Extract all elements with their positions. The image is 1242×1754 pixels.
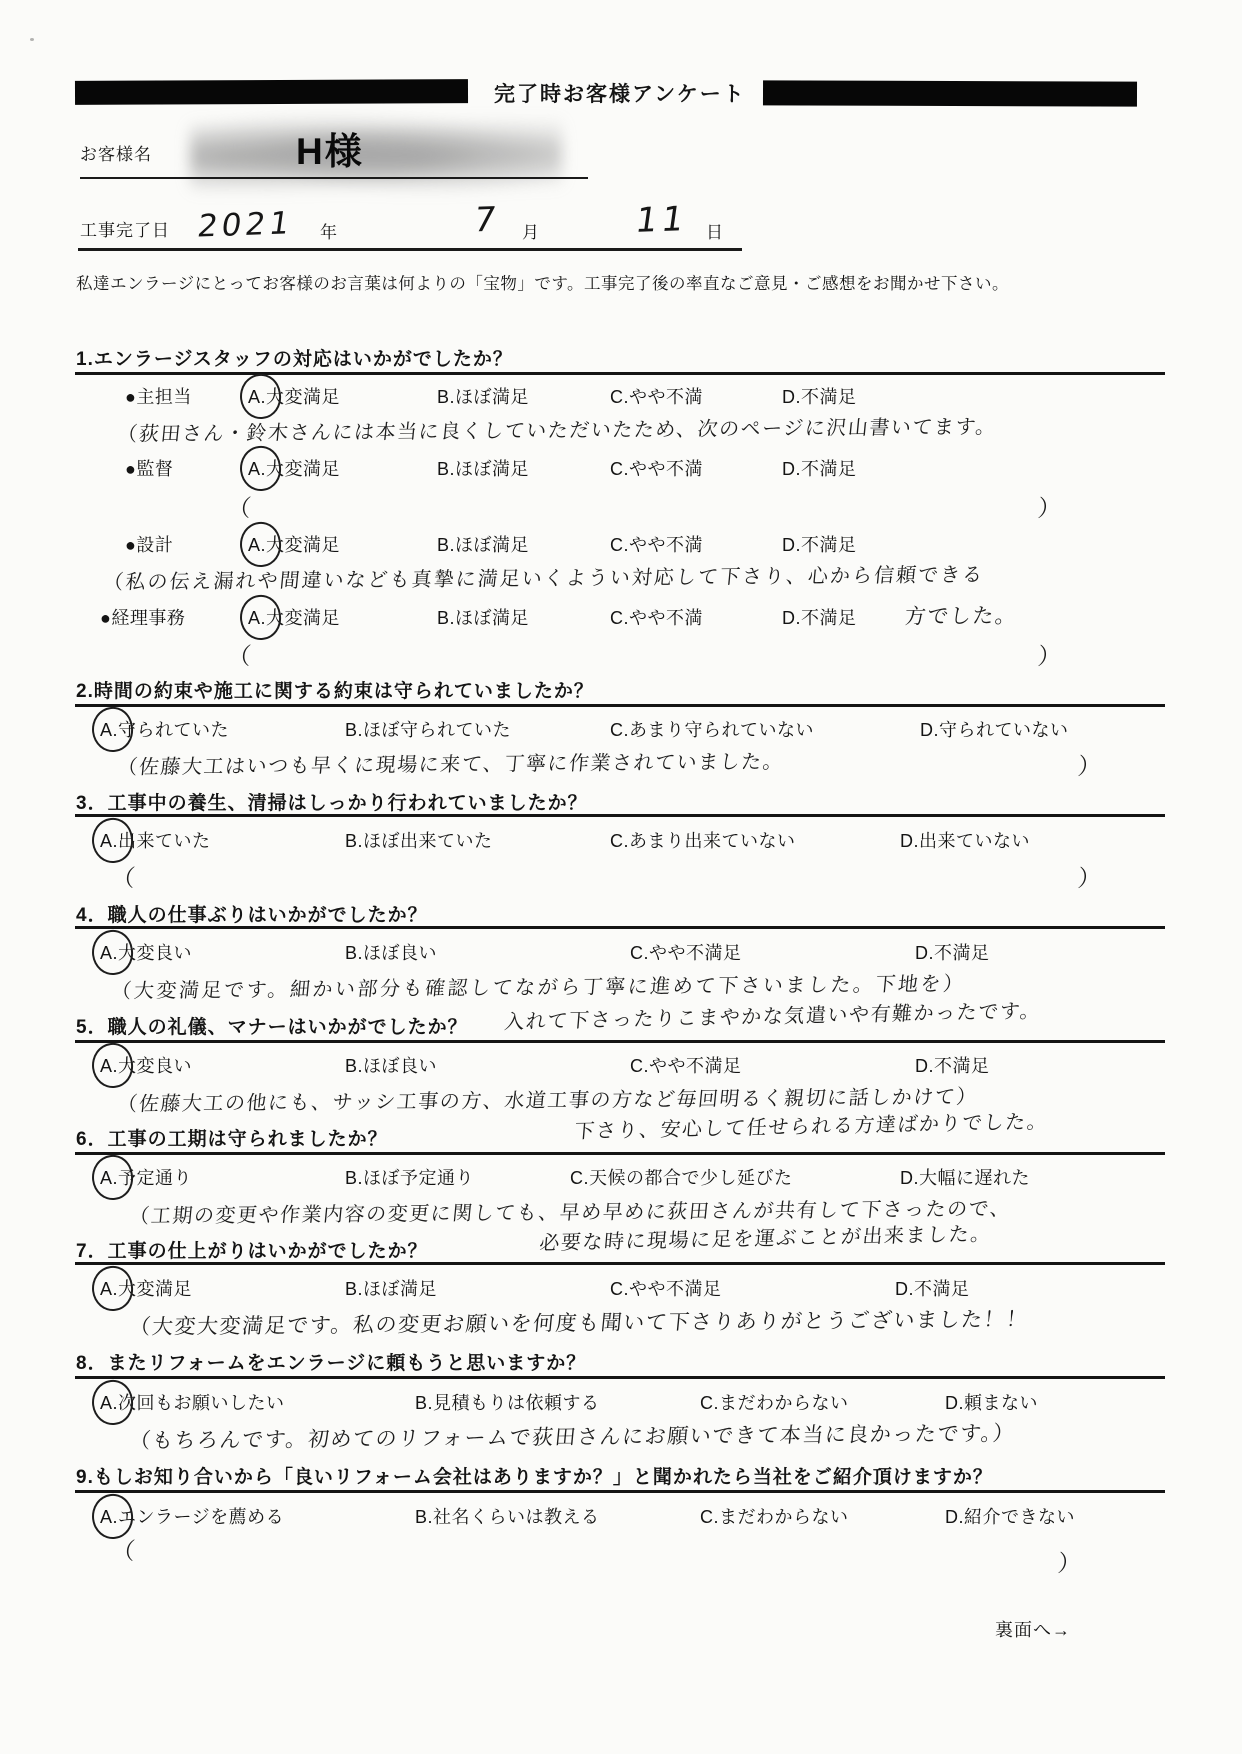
question-5-title: 5．職人の礼儀、マナーはいかがでしたか？ — [76, 1012, 468, 1039]
q9-option-b: B.社名くらいは教える — [415, 1503, 600, 1529]
question-1-title: 1.エンラージスタッフの対応はいかがでしたか？ — [76, 344, 513, 371]
q7-options-row: A.大変満足 B.ほぼ満足 C.やや不満足 D.不満足 — [0, 1275, 1242, 1305]
q2-options-row: A.守られていた B.ほぼ守られていた C.あまり守られていない D.守られてい… — [0, 716, 1242, 746]
q7-comment: （大変大変満足です。私の変更お願いを何度も聞いて下さりありがとうございました！！ — [128, 1303, 1030, 1341]
q6-option-d: D.大幅に遅れた — [900, 1164, 1030, 1190]
q8-option-a: A.次回もお願いしたい — [100, 1389, 285, 1415]
q1-row-supervisor: ●監督 A.大変満足 B.ほぼ満足 C.やや不満 D.不満足 — [0, 455, 1242, 485]
q9-option-c: C.まだわからない — [700, 1503, 849, 1529]
q1-accounting-close-paren: ） — [1036, 638, 1064, 671]
completion-date-label: 工事完了日 — [80, 216, 170, 241]
question-8-rule — [75, 1376, 1165, 1379]
q2-comment: （佐藤大工はいつも早くに現場に来て、丁寧に作業されていました。 — [116, 745, 785, 780]
q3-option-a: A.出来ていた — [100, 827, 211, 853]
q9-close-paren: ） — [1056, 1545, 1084, 1578]
question-9-rule — [75, 1490, 1165, 1493]
form-title: 完了時お客様アンケート — [494, 78, 746, 108]
q7-option-c: C.やや不満足 — [610, 1275, 722, 1301]
q1-supervisor-label: ●監督 — [125, 455, 173, 481]
q1-supervisor-option-c: C.やや不満 — [610, 455, 703, 481]
question-4-rule — [75, 926, 1165, 929]
q1-main-staff-option-d: D.不満足 — [782, 383, 857, 409]
header-left-bar — [75, 79, 468, 105]
date-underline — [78, 248, 742, 251]
q1-row-main-staff: ●主担当 A.大変満足 B.ほぼ満足 C.やや不満 D.不満足 — [0, 383, 1242, 413]
q5-option-b: B.ほぼ良い — [345, 1052, 437, 1078]
q1-design-option-b: B.ほぼ満足 — [437, 531, 529, 557]
q1-main-staff-option-a: A.大変満足 — [248, 383, 340, 409]
q8-options-row: A.次回もお願いしたい B.見積もりは依頼する C.まだわからない D.頼まない — [0, 1389, 1242, 1419]
question-2-rule — [75, 704, 1165, 707]
date-day-unit: 日 — [706, 218, 724, 243]
q9-option-a: A.エンラージを薦める — [100, 1503, 284, 1529]
q1-row-design: ●設計 A.大変満足 B.ほぼ満足 C.やや不満 D.不満足 — [0, 531, 1242, 561]
q2-option-c: C.あまり守られていない — [610, 716, 814, 742]
date-year-handwritten: 2021 — [195, 205, 296, 244]
intro-text: 私達エンラージにとってお客様のお言葉は何よりの「宝物」です。工事完了後の率直なご… — [76, 270, 1009, 294]
q1-supervisor-option-d: D.不満足 — [782, 455, 857, 481]
q7-option-a: A.大変満足 — [100, 1275, 192, 1301]
q1-main-staff-label: ●主担当 — [125, 383, 192, 409]
q3-option-d: D.出来ていない — [900, 827, 1030, 853]
q1-supervisor-option-b: B.ほぼ満足 — [437, 455, 529, 481]
q8-option-d: D.頼まない — [945, 1389, 1038, 1415]
date-year-unit: 年 — [320, 218, 338, 243]
q1-main-staff-comment: （荻田さん・鈴木さんには本当に良くしていただいたため、次のページに沢山書いてます… — [116, 410, 998, 447]
q5-option-c: C.やや不満足 — [630, 1052, 742, 1078]
q1-design-option-a: A.大変満足 — [248, 531, 340, 557]
question-7-rule — [75, 1262, 1165, 1265]
q1-design-option-d: D.不満足 — [782, 531, 857, 557]
q1-supervisor-option-a: A.大変満足 — [248, 455, 340, 481]
q5-title-handwritten-note: 入れて下さったりこまやかな気遣いや有難かったです。 — [503, 994, 1042, 1034]
question-9-title: 9.もしお知り合いから「良いリフォーム会社はありますか？」と聞かれたら当社をご紹… — [76, 1462, 993, 1489]
q8-option-c: C.まだわからない — [700, 1389, 849, 1415]
question-8-title: 8．またリフォームをエンラージに頼もうと思いますか？ — [76, 1348, 586, 1375]
q5-option-a: A.大変良い — [100, 1052, 192, 1078]
survey-sheet: 完了時お客様アンケート お客様名 H様 工事完了日 2021 年 7 月 11 … — [0, 0, 1242, 1754]
back-page-note: 裏面へ→ — [995, 1616, 1071, 1642]
q6-option-b: B.ほぼ予定通り — [345, 1164, 474, 1190]
q1-main-staff-option-c: C.やや不満 — [610, 383, 703, 409]
q4-option-b: B.ほぼ良い — [345, 939, 437, 965]
q2-option-b: B.ほぼ守られていた — [345, 716, 511, 742]
customer-name-label: お客様名 — [80, 140, 152, 165]
customer-name-underline — [80, 177, 588, 179]
q4-option-c: C.やや不満足 — [630, 939, 742, 965]
customer-name-value: H様 — [296, 121, 364, 175]
scan-artifact-dot — [30, 38, 34, 41]
q1-main-staff-option-b: B.ほぼ満足 — [437, 383, 529, 409]
q1-design-label: ●設計 — [125, 531, 173, 557]
q6-options-row: A.予定通り B.ほぼ予定通り C.天候の都合で少し延びた D.大幅に遅れた — [0, 1164, 1242, 1194]
date-day-handwritten: 11 — [633, 199, 690, 241]
q1-accounting-option-a: A.大変満足 — [248, 604, 340, 630]
question-4-title: 4．職人の仕事ぶりはいかがでしたか？ — [76, 900, 428, 927]
q9-options-row: A.エンラージを薦める B.社名くらいは教える C.まだわからない D.紹介でき… — [0, 1503, 1242, 1533]
q1-row-accounting: ●経理事務 A.大変満足 B.ほぼ満足 C.やや不満 D.不満足 — [0, 604, 1242, 634]
q2-option-d: D.守られていない — [920, 716, 1069, 742]
q4-option-a: A.大変良い — [100, 939, 192, 965]
q1-accounting-option-b: B.ほぼ満足 — [437, 604, 529, 630]
question-2-title: 2.時間の約束や施工に関する約束は守られていましたか？ — [76, 676, 594, 703]
q4-options-row: A.大変良い B.ほぼ良い C.やや不満足 D.不満足 — [0, 939, 1242, 969]
question-6-rule — [75, 1152, 1165, 1155]
q7-option-d: D.不満足 — [895, 1275, 970, 1301]
question-1-rule — [75, 372, 1165, 375]
q4-option-d: D.不満足 — [915, 939, 990, 965]
q5-option-d: D.不満足 — [915, 1052, 990, 1078]
q2-option-a: A.守られていた — [100, 716, 229, 742]
question-7-title: 7．工事の仕上がりはいかがでしたか？ — [76, 1236, 428, 1263]
q1-design-comment: （私の伝え漏れや間違いなども真摯に満足いくようい対応して下さり、心から信頼できる — [102, 558, 986, 595]
question-5-rule — [75, 1040, 1165, 1043]
q1-supervisor-close-paren: ） — [1036, 490, 1064, 523]
date-month-unit: 月 — [522, 218, 540, 243]
q2-close-paren: ） — [1076, 748, 1104, 781]
q3-option-c: C.あまり出来ていない — [610, 827, 796, 853]
q5-options-row: A.大変良い B.ほぼ良い C.やや不満足 D.不満足 — [0, 1052, 1242, 1082]
q6-option-a: A.予定通り — [100, 1164, 192, 1190]
question-3-rule — [75, 814, 1165, 817]
question-6-title: 6．工事の工期は守られましたか？ — [76, 1124, 388, 1151]
q1-accounting-open-paren: （ — [226, 638, 254, 671]
q9-open-paren: （ — [110, 1533, 138, 1566]
customer-name-redaction — [190, 110, 562, 196]
q1-accounting-label: ●経理事務 — [100, 604, 185, 630]
question-3-title: 3．工事中の養生、清掃はしっかり行われていましたか？ — [76, 788, 588, 815]
date-month-handwritten: 7 — [471, 200, 502, 241]
q8-option-b: B.見積もりは依頼する — [415, 1389, 600, 1415]
q3-close-paren: ） — [1076, 860, 1104, 893]
header-right-bar — [763, 80, 1137, 106]
q3-open-paren: （ — [110, 860, 138, 893]
q1-design-option-c: C.やや不満 — [610, 531, 703, 557]
q3-option-b: B.ほぼ出来ていた — [345, 827, 493, 853]
q6-option-c: C.天候の都合で少し延びた — [570, 1164, 793, 1190]
q7-option-b: B.ほぼ満足 — [345, 1275, 437, 1301]
q9-option-d: D.紹介できない — [945, 1503, 1075, 1529]
q1-accounting-option-c: C.やや不満 — [610, 604, 703, 630]
q1-accounting-option-d: D.不満足 — [782, 604, 857, 630]
q3-options-row: A.出来ていた B.ほぼ出来ていた C.あまり出来ていない D.出来ていない — [0, 827, 1242, 857]
q1-supervisor-open-paren: （ — [226, 490, 254, 523]
q8-comment: （もちろんです。初めてのリフォームで荻田さんにお願いできて本当に良かったです。） — [128, 1417, 1017, 1455]
